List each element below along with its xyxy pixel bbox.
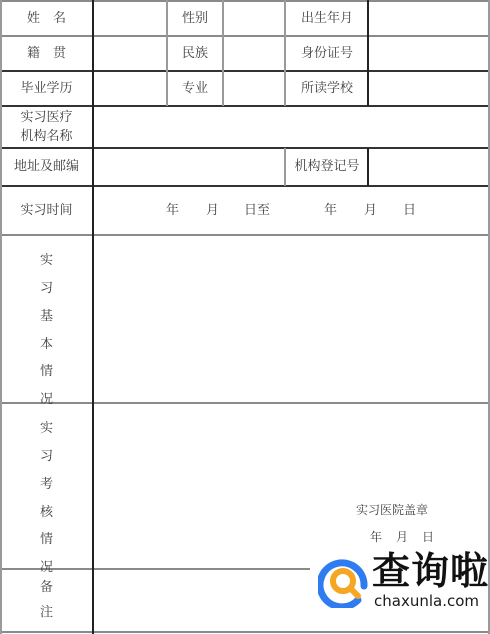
origin-label: 籍 贯 — [0, 37, 93, 71]
label-char: 备 — [40, 579, 53, 598]
label-char: 情 — [40, 531, 53, 550]
basic-situation-field[interactable] — [94, 236, 488, 403]
magnifier-logo-icon — [318, 556, 370, 608]
watermark: 查询啦 chaxunla.com — [314, 548, 490, 620]
period-start-day-to: 日至 — [244, 202, 270, 221]
label-char: 基 — [40, 308, 53, 327]
address-label: 地址及邮编 — [0, 149, 93, 186]
period-end-day: 日 — [403, 202, 416, 221]
label-char: 注 — [40, 604, 53, 623]
gender-label: 性别 — [168, 2, 222, 36]
school-label: 所读学校 — [286, 72, 368, 106]
internship-registration-form: 姓 名 性别 出生年月 籍 贯 民族 身份证号 毕业学历 专业 所读学校 实习医… — [0, 0, 490, 634]
id-number-label: 身份证号 — [286, 37, 368, 71]
education-label: 毕业学历 — [0, 72, 93, 106]
hospital-stamp-label: 实习医院盖章 — [356, 501, 428, 518]
period-field[interactable]: 年 月 日至 年 月 日 — [94, 187, 488, 235]
ethnicity-field[interactable] — [224, 37, 284, 71]
label-char: 本 — [40, 336, 53, 355]
institution-name-field[interactable] — [94, 107, 488, 148]
period-end-month: 月 — [364, 202, 377, 221]
major-label: 专业 — [168, 72, 222, 106]
stamp-day: 日 — [422, 528, 434, 545]
stamp-month: 月 — [396, 528, 408, 545]
basic-situation-label: 实 习 基 本 情 况 — [0, 236, 93, 403]
watermark-title: 查询啦 — [372, 548, 489, 594]
label-char: 情 — [40, 363, 53, 382]
institution-label-line1: 实习医疗 — [20, 109, 72, 128]
stamp-year: 年 — [370, 528, 382, 545]
name-label: 姓 名 — [0, 2, 93, 36]
origin-field[interactable] — [94, 37, 166, 71]
stamp-date: 年 月 日 — [370, 528, 434, 545]
period-start-year: 年 — [166, 202, 179, 221]
label-char: 习 — [40, 280, 53, 299]
label-char: 实 — [40, 252, 53, 271]
remarks-label: 备 注 — [0, 570, 93, 632]
period-end-year: 年 — [324, 202, 337, 221]
gender-field[interactable] — [224, 2, 284, 36]
period-start-month: 月 — [206, 202, 219, 221]
ethnicity-label: 民族 — [168, 37, 222, 71]
watermark-url: chaxunla.com — [374, 592, 479, 610]
id-number-field[interactable] — [369, 37, 488, 71]
period-label: 实习时间 — [0, 187, 93, 235]
label-char: 考 — [40, 476, 53, 495]
institution-label-line2: 机构名称 — [20, 128, 72, 147]
school-field[interactable] — [369, 72, 488, 106]
label-char: 核 — [40, 504, 53, 523]
assessment-label: 实 习 考 核 情 况 — [0, 404, 93, 569]
birth-label: 出生年月 — [286, 2, 368, 36]
birth-field[interactable] — [369, 2, 488, 36]
major-field[interactable] — [224, 72, 284, 106]
address-field[interactable] — [94, 149, 284, 186]
education-field[interactable] — [94, 72, 166, 106]
registration-label: 机构登记号 — [286, 149, 368, 186]
label-char: 习 — [40, 448, 53, 467]
institution-name-label: 实习医疗 机构名称 — [0, 107, 93, 148]
name-field[interactable] — [94, 2, 166, 36]
registration-field[interactable] — [369, 149, 488, 186]
label-char: 实 — [40, 420, 53, 439]
